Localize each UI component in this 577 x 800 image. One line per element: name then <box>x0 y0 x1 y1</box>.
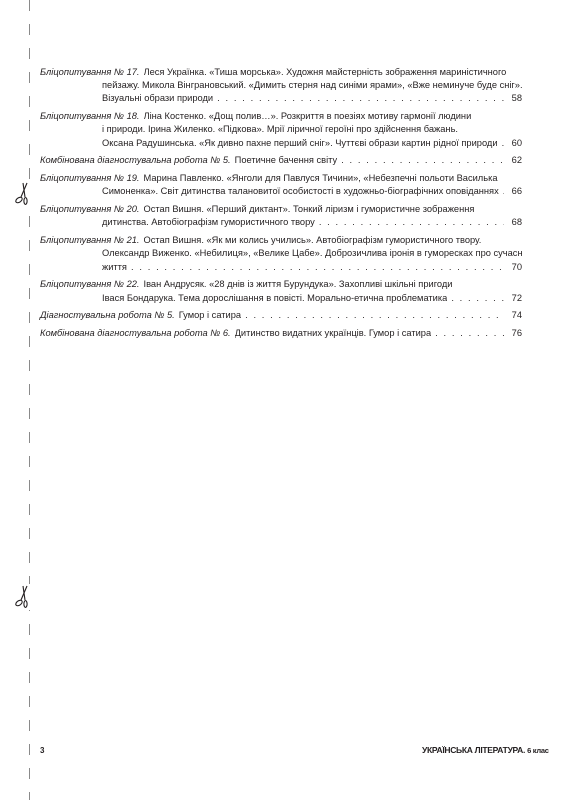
dot-leader <box>245 309 504 322</box>
toc-entry[interactable]: Діагностувальна робота № 5.Гумор і сатир… <box>40 309 522 322</box>
dot-leader <box>131 261 504 274</box>
dot-leader <box>503 185 504 198</box>
toc-entry-text: Іван Андрусяк. «28 днів із життя Бурунду… <box>144 278 453 291</box>
toc-entry-line: Симоненка». Світ дитинства талановитої о… <box>40 185 522 198</box>
toc-page-number: 68 <box>508 216 522 229</box>
dot-leader <box>435 327 504 340</box>
toc-entry-label: Комбінована діагностувальна робота № 6. <box>40 327 231 340</box>
toc-entry-label: Комбінована діагностувальна робота № 5. <box>40 154 231 167</box>
toc-entry-text: Візуальні образи природи <box>102 92 213 105</box>
toc-entry-text: пейзажу. Микола Вінграновський. «Димить … <box>102 79 522 92</box>
toc-entry-text: і природи. Ірина Жиленко. «Підкова». Мрі… <box>102 123 458 136</box>
toc-entry[interactable]: Комбінована діагностувальна робота № 5.П… <box>40 154 522 167</box>
toc-entry[interactable]: Комбінована діагностувальна робота № 6.Д… <box>40 327 522 340</box>
toc-entry-line: Бліцопитування № 22.Іван Андрусяк. «28 д… <box>40 278 522 291</box>
toc-entry-line: Бліцопитування № 21.Остап Вишня. «Як ми … <box>40 234 522 247</box>
toc-entry-label: Бліцопитування № 21. <box>40 234 140 247</box>
toc-entry-line: пейзажу. Микола Вінграновський. «Димить … <box>40 79 522 92</box>
toc-entry-text: Симоненка». Світ дитинства талановитої о… <box>102 185 499 198</box>
toc-entry-line: Діагностувальна робота № 5.Гумор і сатир… <box>40 309 522 322</box>
dot-leader <box>319 216 504 229</box>
toc-entry-line: Бліцопитування № 19.Марина Павленко. «Ян… <box>40 172 522 185</box>
toc-entry-line: Візуальні образи природи58 <box>40 92 522 105</box>
dot-leader <box>502 137 504 150</box>
toc-page-number: 70 <box>508 261 522 274</box>
toc-entry[interactable]: Бліцопитування № 22.Іван Андрусяк. «28 д… <box>40 278 522 304</box>
toc-entry[interactable]: Бліцопитування № 18.Ліна Костенко. «Дощ … <box>40 110 522 150</box>
toc-entry-line: Комбінована діагностувальна робота № 5.П… <box>40 154 522 167</box>
toc-entry-line: і природи. Ірина Жиленко. «Підкова». Мрі… <box>40 123 522 136</box>
toc-entry-line: Олександр Виженко. «Небилиця», «Велике Ц… <box>40 247 522 260</box>
toc-entry-text: Івася Бондарука. Тема дорослішання в пов… <box>102 292 447 305</box>
toc-entry-line: Оксана Радушинська. «Як дивно пахне перш… <box>40 137 522 150</box>
running-footer-title: УКРАЇНСЬКА ЛІТЕРАТУРА. 6 клас <box>422 745 549 755</box>
cut-line <box>29 0 30 800</box>
toc-entry-text: Оксана Радушинська. «Як дивно пахне перш… <box>102 137 498 150</box>
toc-entry-label: Бліцопитування № 22. <box>40 278 140 291</box>
toc-page-number: 62 <box>508 154 522 167</box>
toc-entry-line: Бліцопитування № 20.Остап Вишня. «Перший… <box>40 203 522 216</box>
book-title: УКРАЇНСЬКА ЛІТЕРАТУРА. <box>422 745 525 755</box>
toc-entry-line: Бліцопитування № 18.Ліна Костенко. «Дощ … <box>40 110 522 123</box>
toc-entry-text: Олександр Виженко. «Небилиця», «Велике Ц… <box>102 247 522 260</box>
toc-entry-label: Діагностувальна робота № 5. <box>40 309 175 322</box>
toc-page-number: 76 <box>508 327 522 340</box>
toc-entry-label: Бліцопитування № 17. <box>40 66 140 79</box>
toc-entry-line: Івася Бондарука. Тема дорослішання в пов… <box>40 292 522 305</box>
dot-leader <box>217 92 504 105</box>
toc-entry[interactable]: Бліцопитування № 20.Остап Вишня. «Перший… <box>40 203 522 229</box>
toc-page-number: 66 <box>508 185 522 198</box>
toc-entry-line: життя70 <box>40 261 522 274</box>
toc-entry-label: Бліцопитування № 20. <box>40 203 140 216</box>
toc-entry-text: Остап Вишня. «Як ми колись учились». Авт… <box>144 234 482 247</box>
dot-leader <box>451 292 504 305</box>
toc-entry-text: Ліна Костенко. «Дощ полив…». Розкриття в… <box>144 110 472 123</box>
toc-entry-text: життя <box>102 261 127 274</box>
toc-entry-text: Остап Вишня. «Перший диктант». Тонкий лі… <box>144 203 475 216</box>
toc-entry[interactable]: Бліцопитування № 19.Марина Павленко. «Ян… <box>40 172 522 198</box>
toc-entry-label: Бліцопитування № 19. <box>40 172 140 185</box>
toc-entry-line: Бліцопитування № 17.Леся Українка. «Тиша… <box>40 66 522 79</box>
toc-page-number: 60 <box>508 137 522 150</box>
grade-label: 6 клас <box>527 746 548 755</box>
toc-entry[interactable]: Бліцопитування № 21.Остап Вишня. «Як ми … <box>40 234 522 274</box>
toc-entry-text: Гумор і сатира <box>179 309 241 322</box>
toc-page-number: 72 <box>508 292 522 305</box>
toc-entry-text: Дитинство видатних українців. Гумор і са… <box>235 327 432 340</box>
toc-entry-text: Поетичне бачення світу <box>235 154 338 167</box>
toc-entry[interactable]: Бліцопитування № 17.Леся Українка. «Тиша… <box>40 66 522 106</box>
toc-page-number: 58 <box>508 92 522 105</box>
table-of-contents: Бліцопитування № 17.Леся Українка. «Тиша… <box>40 66 522 345</box>
toc-entry-text: Леся Українка. «Тиша морська». Художня м… <box>144 66 507 79</box>
toc-entry-label: Бліцопитування № 18. <box>40 110 140 123</box>
scissors-icon <box>8 584 34 610</box>
toc-entry-text: Марина Павленко. «Янголи для Павлуся Тич… <box>144 172 498 185</box>
scissors-icon <box>8 181 34 207</box>
toc-entry-line: дитинства. Автобіографізм гумористичного… <box>40 216 522 229</box>
toc-entry-line: Комбінована діагностувальна робота № 6.Д… <box>40 327 522 340</box>
toc-entry-text: дитинства. Автобіографізм гумористичного… <box>102 216 315 229</box>
page-number: 3 <box>40 746 44 755</box>
dot-leader <box>341 154 504 167</box>
toc-page-number: 74 <box>508 309 522 322</box>
